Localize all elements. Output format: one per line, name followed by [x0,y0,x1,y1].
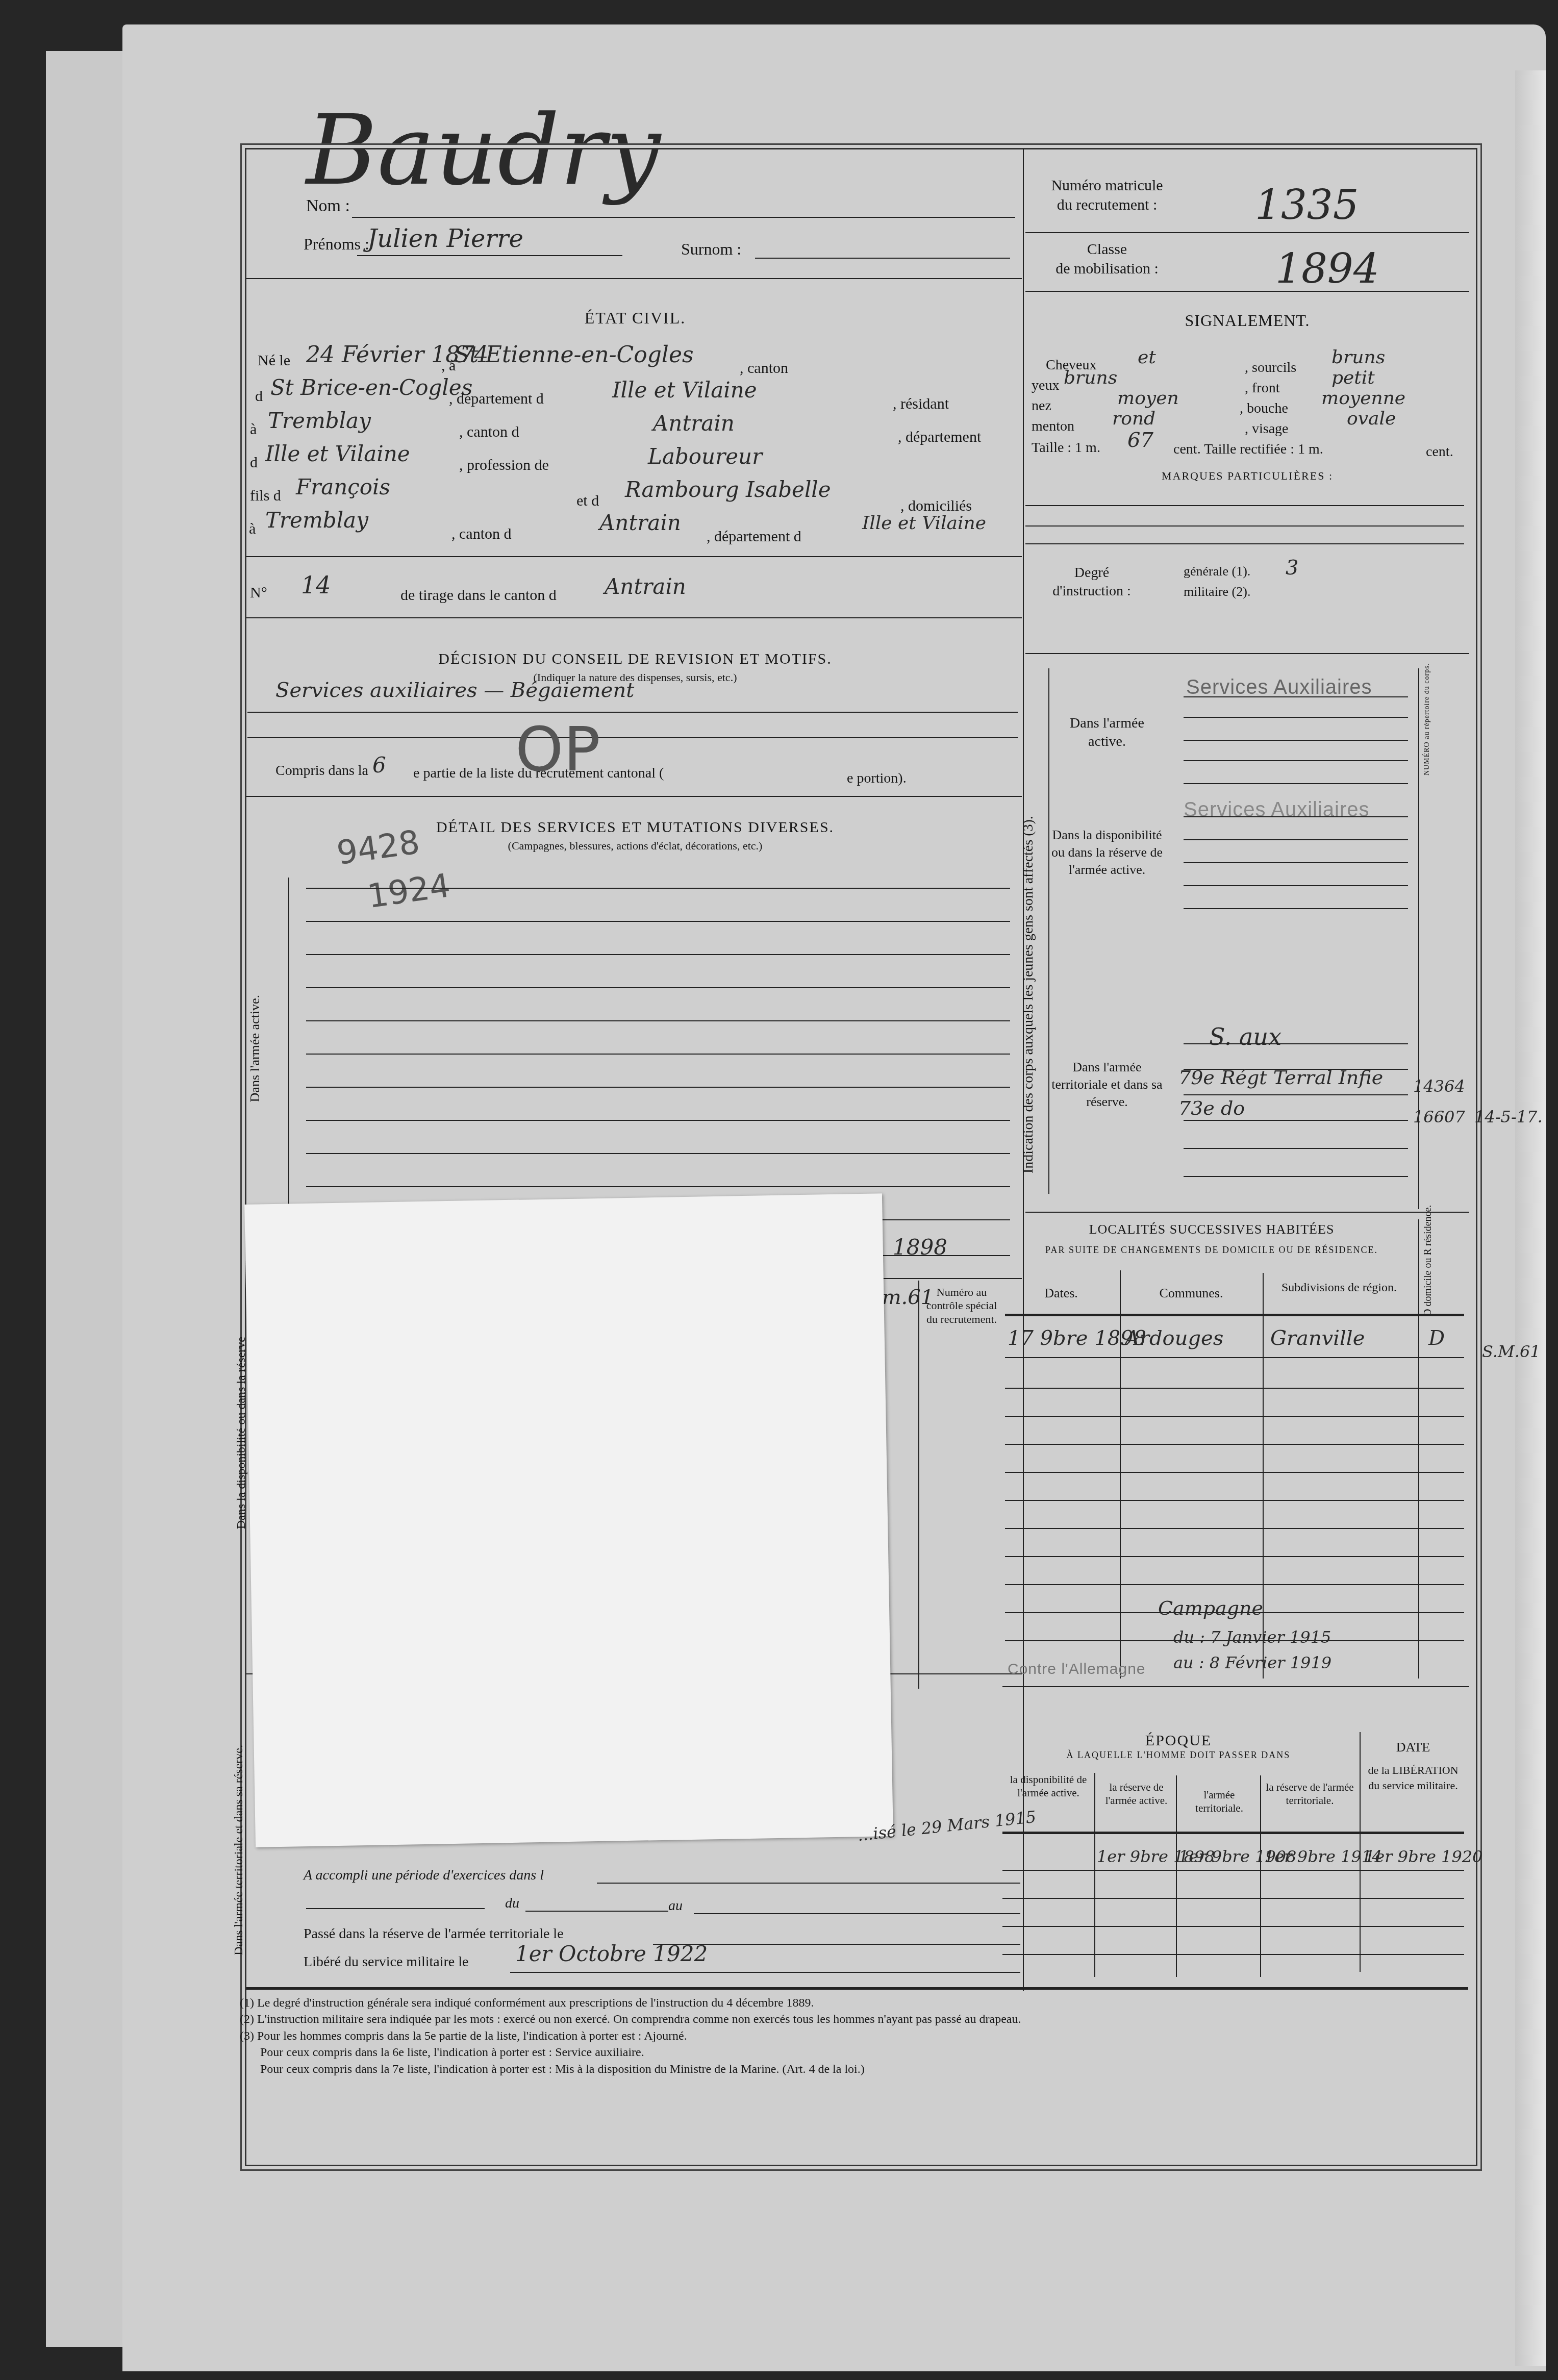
ne-le-label: Né le [258,352,290,369]
d-label: d [250,454,258,471]
birth-canton: St Brice-en-Cogles [270,375,472,400]
nez-label: nez [1032,398,1051,414]
classe-value: 1894 [1275,245,1379,292]
decision-line [247,712,1018,713]
epoque-col-disponibilite: la disponibilité de l'armée active. [1002,1773,1094,1800]
pasted-paper-patch [244,1193,893,1847]
campagne-title: Campagne [1158,1597,1263,1619]
corps-side-label: Indication des corps auxquels les jeunes… [1020,663,1037,1173]
col-subdivisions: Subdivisions de région. [1265,1281,1413,1295]
divider [1025,232,1469,233]
au-label: au [668,1898,683,1914]
divider [1025,1212,1469,1213]
departement-label-2: , département [898,429,981,446]
etat-civil-title: ÉTAT CIVIL. [245,309,1025,328]
col-communes: Communes. [1122,1286,1260,1301]
prenoms-label: Prénoms : [304,235,369,254]
parents-residence: Tremblay [265,508,368,533]
visage-value: ovale [1347,408,1396,429]
classe-label: Classede mobilisation : [1025,240,1189,278]
stamp-contre-allemagne: Contre l'Allemagne [1008,1661,1146,1678]
nom-label: Nom : [306,196,350,216]
compris-label: Compris dans la [275,763,368,779]
exercices-label: A accompli une période d'exercices dans … [304,1867,544,1884]
degre-instruction-label: Degréd'instruction : [1025,564,1158,601]
territoriale-numero-2: 16607 [1413,1107,1465,1126]
sourcils-label: , sourcils [1245,360,1296,376]
bracket [288,878,289,1209]
birth-department: Ille et Vilaine [612,378,757,403]
localite-commune-0: Ardouges [1125,1326,1223,1350]
campagne-au: au : 8 Février 1919 [1173,1653,1331,1672]
taille-rectifiee-label: cent. Taille rectifiée : 1 m. [1173,441,1323,458]
corps-active-label: Dans l'armée active. [1051,714,1163,751]
residant-label: , résidant [893,395,949,413]
taille-label: Taille : 1 m. [1032,440,1100,456]
a3-label: à [249,520,256,538]
canton-d-label: , canton d [459,423,519,441]
localite-dr-0: D [1428,1326,1445,1350]
localite-margin-note: S.M.61 [1482,1342,1541,1361]
footnote-3c: Pour ceux compris dans la 7e liste, l'in… [240,2061,1464,2077]
divider [1025,653,1469,654]
du-label: du [505,1895,519,1912]
col-domicile-residence: D domicile ou R résidence. [1422,1224,1434,1316]
birth-place: St Etienne-en-Cogles [454,342,694,368]
canton-d-label-2: , canton d [451,525,511,543]
residence: Tremblay [268,408,371,433]
page-curl-edge [1515,70,1546,2366]
nom-line [352,217,1015,218]
front-label: , front [1245,380,1279,396]
marques-label: MARQUES PARTICULIÈRES : [1025,469,1469,483]
generale-value: 3 [1286,556,1298,580]
departement-d-label: , département d [707,528,801,545]
menton-value: rond [1112,408,1155,429]
localites-title: LOCALITÉS SUCCESSIVES HABITÉES [1002,1222,1421,1237]
column-divider [918,1281,919,1689]
liberation-title: DATE [1362,1740,1464,1755]
territoriale-entry-0: S. aux [1209,1023,1281,1050]
et-de-label: et d [576,492,599,510]
bouche-value: moyenne [1321,388,1405,409]
decision-title: DÉCISION DU CONSEIL DE REVISION ET MOTIF… [245,650,1025,668]
parents-canton: Antrain [599,510,681,535]
epoque-col-reserve-territoriale: la réserve de l'armée territoriale. [1263,1781,1357,1808]
fils-de-label: fils d [250,487,281,505]
a2-label: à [250,421,257,438]
residence-canton: Antrain [653,411,735,436]
footnotes-divider [246,1987,1468,1990]
prenoms-value: Julien Pierre [367,224,523,253]
entry-1898: 1898 [893,1235,947,1260]
numero-matricule-label: Numéro matriculedu recrutement : [1025,176,1189,214]
side-label-territoriale: Dans l'armée territoriale et dans sa rés… [232,1745,246,1956]
tirage-no-label: N° [250,584,267,602]
col-dates: Dates. [1005,1286,1117,1301]
tirage-label: de tirage dans le canton d [400,587,557,604]
numero-matricule-value: 1335 [1255,181,1359,229]
divider [246,617,1022,618]
passe-label: Passé dans la réserve de l'armée territo… [304,1926,564,1942]
footnote-3b: Pour ceux compris dans la 6e liste, l'in… [240,2044,1464,2061]
footnote-3: (3) Pour les hommes compris dans la 5e p… [240,2028,1464,2044]
cent-label: cent. [1426,444,1453,460]
divider [246,796,1022,797]
territoriale-entry-2: 73e do [1178,1097,1245,1119]
yeux-value: bruns [1064,367,1117,388]
margin-date: 14-5-17. [1474,1107,1543,1126]
numero-repertoire-label: NUMÉRO au répertoire du corps. [1423,679,1431,775]
de-label: d [255,388,263,405]
divider [246,556,1022,557]
tirage-number: 14 [301,571,331,599]
prenoms-line [357,255,622,256]
front-value: petit [1331,367,1375,388]
father-name: François [296,474,390,499]
liberation-value: 1er 9bre 1920 [1365,1847,1482,1866]
menton-label: menton [1032,418,1074,435]
canton-label: , canton [740,360,788,377]
divider [1002,1686,1469,1687]
bouche-label: , bouche [1240,400,1288,417]
tirage-canton: Antrain [605,574,686,599]
decision-value: Services auxiliaires — Bégaiement [275,679,634,702]
pencil-mark: OP [515,714,600,785]
footnotes: (1) Le degré d'instruction générale sera… [240,1995,1464,2077]
localite-subdivision-0: Granville [1270,1326,1365,1350]
surnom-label: Surnom : [681,240,741,259]
territoriale-entry-1: 79e Régt Terral Infie [1178,1066,1383,1089]
libere-label: Libéré du service militaire le [304,1954,468,1970]
parents-department: Ille et Vilaine [862,513,986,534]
territoriale-numero-1: 14364 [1413,1076,1465,1096]
stamp-services-auxiliaires-2: Services Auxiliaires [1184,798,1370,821]
surnom-line [755,258,1010,259]
side-label-disponibilite: Dans la disponibilité ou dans la réserve [235,1337,248,1529]
generale-label: générale (1). [1184,564,1250,579]
epoque-col-reserve-active: la réserve de l'armée active. [1097,1781,1176,1808]
side-label-active: Dans l'armée active. [247,995,263,1102]
localites-subtitle: PAR SUITE DE CHANGEMENTS DE DOMICILE OU … [1002,1245,1421,1256]
epoque-subtitle: À LAQUELLE L'HOMME DOIT PASSER DANS [1002,1750,1354,1761]
yeux-label: yeux [1032,378,1059,394]
epoque-title: ÉPOQUE [1002,1732,1354,1749]
profession: Laboureur [648,444,762,469]
compris-part: 6 [372,753,386,778]
visage-label: , visage [1245,421,1289,437]
epoque-col-territoriale: l'armée territoriale. [1178,1788,1260,1815]
portion-suffix: e portion). [847,770,907,787]
divider [1025,291,1469,292]
residence-department: Ille et Vilaine [265,441,410,466]
profession-label: , profession de [459,457,549,474]
footnote-1: (1) Le degré d'instruction générale sera… [240,1995,1464,2011]
decision-line [247,737,1018,738]
corps-territoriale-label: Dans l'armée territoriale et dans sa rés… [1051,1059,1163,1110]
footnote-2: (2) L'instruction militaire sera indiqué… [240,2011,1464,2027]
departement-label: , département d [449,390,544,408]
militaire-label: militaire (2). [1184,584,1250,599]
divider [246,278,1022,279]
signalement-title: SIGNALEMENT. [1025,311,1469,330]
liberation-label: de la LIBÉRATION du service militaire. [1362,1763,1464,1793]
numero-controle-label: Numéro au contrôle spécial du recrutemen… [921,1286,1002,1326]
corps-disponibilite-label: Dans la disponibilité ou dans la réserve… [1051,826,1163,878]
libere-value: 1er Octobre 1922 [515,1941,708,1966]
taille-value: 67 [1127,429,1153,452]
nez-value: moyen [1117,388,1179,409]
domicilies-label: , domiciliés [900,497,972,515]
cheveux-value: et [1138,347,1156,368]
mother-name: Rambourg Isabelle [625,477,831,502]
campagne-du: du : 7 Janvier 1915 [1173,1627,1331,1647]
stamp-services-auxiliaires-1: Services Auxiliaires [1186,676,1372,699]
sourcils-value: bruns [1331,347,1385,368]
